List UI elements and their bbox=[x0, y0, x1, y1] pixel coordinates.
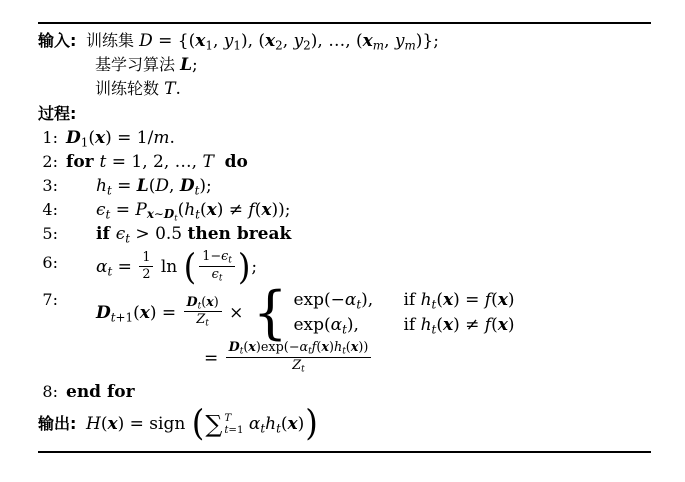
algorithm-step-6: 6:αt = 12 ln (1−ϵtϵt); bbox=[38, 251, 651, 285]
algorithm-step-3: 3:ht = L(D, Dt); bbox=[38, 174, 651, 198]
input-math-1: 训练集 D = {(x1, y1), (x2, y2), …, (xm, ym)… bbox=[86, 29, 439, 53]
cases-group: {exp(−αt),if ht(x) = f(x)exp(αt),if ht(x… bbox=[253, 288, 515, 339]
algorithm-step-8: 8:end for bbox=[38, 380, 651, 404]
output-label: 输出: bbox=[38, 412, 86, 436]
input-line-1: 输入: 训练集 D = {(x1, y1), (x2, y2), …, (xm,… bbox=[38, 29, 651, 53]
step-number: 2: bbox=[38, 150, 58, 174]
algorithm-box: 输入: 训练集 D = {(x1, y1), (x2, y2), …, (xm,… bbox=[38, 22, 651, 453]
parenthesized-group: (∑Tt=1 αtht(x)) bbox=[191, 409, 319, 439]
step-number: 1: bbox=[38, 126, 58, 150]
step-number: 7: bbox=[38, 288, 58, 312]
input-math-2: 基学习算法 L; bbox=[95, 55, 198, 75]
step-math: ht = L(D, Dt); bbox=[58, 174, 212, 198]
step-number: 3: bbox=[38, 174, 58, 198]
algorithm-step-4: 4:ϵt = Px∼Dt(ht(x) ≠ f(x)); bbox=[38, 198, 651, 222]
summation: ∑Tt=1 bbox=[205, 413, 243, 437]
bottom-rule bbox=[38, 451, 651, 453]
step-math: if ϵt > 0.5 then break bbox=[58, 222, 291, 246]
step-math: for t = 1, 2, …, T do bbox=[58, 150, 248, 174]
output-math: H(x) = sign (∑Tt=1 αtht(x)) bbox=[86, 409, 319, 440]
step-math: D1(x) = 1/m. bbox=[58, 126, 175, 150]
fraction: 12 bbox=[139, 250, 153, 283]
case-row: exp(−αt),if ht(x) = f(x) bbox=[293, 288, 514, 314]
step-math: ϵt = Px∼Dt(ht(x) ≠ f(x)); bbox=[58, 198, 290, 222]
algorithm-step-1: 1:D1(x) = 1/m. bbox=[38, 126, 651, 150]
output-line: 输出: H(x) = sign (∑Tt=1 αtht(x)) bbox=[38, 409, 651, 440]
step-number: 5: bbox=[38, 222, 58, 246]
steps-list: 1:D1(x) = 1/m.2:for t = 1, 2, …, T do3:h… bbox=[38, 126, 651, 404]
page: 输入: 训练集 D = {(x1, y1), (x2, y2), …, (xm,… bbox=[0, 0, 685, 482]
step-math: end for bbox=[58, 380, 135, 404]
input-math-3: 训练轮数 T. bbox=[95, 79, 181, 99]
fraction: Dt(x)Zt bbox=[184, 295, 222, 329]
fraction: 1−ϵtϵt bbox=[199, 249, 235, 283]
step-math: αt = 12 ln (1−ϵtϵt); bbox=[58, 251, 257, 285]
fraction: Dt(x)exp(−αtf(x)ht(x))Zt bbox=[226, 340, 372, 374]
input-line-3: 训练轮数 T. bbox=[38, 77, 651, 101]
process-label: 过程: bbox=[38, 101, 651, 126]
input-line-2: 基学习算法 L; bbox=[38, 53, 651, 77]
algorithm-content: 输入: 训练集 D = {(x1, y1), (x2, y2), …, (xm,… bbox=[38, 24, 651, 451]
step-number: 8: bbox=[38, 380, 58, 404]
algorithm-step-2: 2:for t = 1, 2, …, T do bbox=[38, 150, 651, 174]
step-number: 6: bbox=[38, 251, 58, 275]
algorithm-step-7: 7:Dt+1(x) = Dt(x)Zt × {exp(−αt),if ht(x)… bbox=[38, 288, 651, 376]
parenthesized-group: (1−ϵtϵt) bbox=[183, 251, 252, 285]
step-math-continued: = Dt(x)exp(−αtf(x)ht(x))Zt bbox=[204, 342, 515, 376]
input-label: 输入: bbox=[38, 29, 86, 53]
algorithm-step-5: 5:if ϵt > 0.5 then break bbox=[38, 222, 651, 246]
step-math: Dt+1(x) = Dt(x)Zt × {exp(−αt),if ht(x) =… bbox=[58, 288, 515, 376]
step-number: 4: bbox=[38, 198, 58, 222]
case-row: exp(αt),if ht(x) ≠ f(x) bbox=[293, 313, 514, 339]
left-brace: { bbox=[253, 292, 288, 335]
